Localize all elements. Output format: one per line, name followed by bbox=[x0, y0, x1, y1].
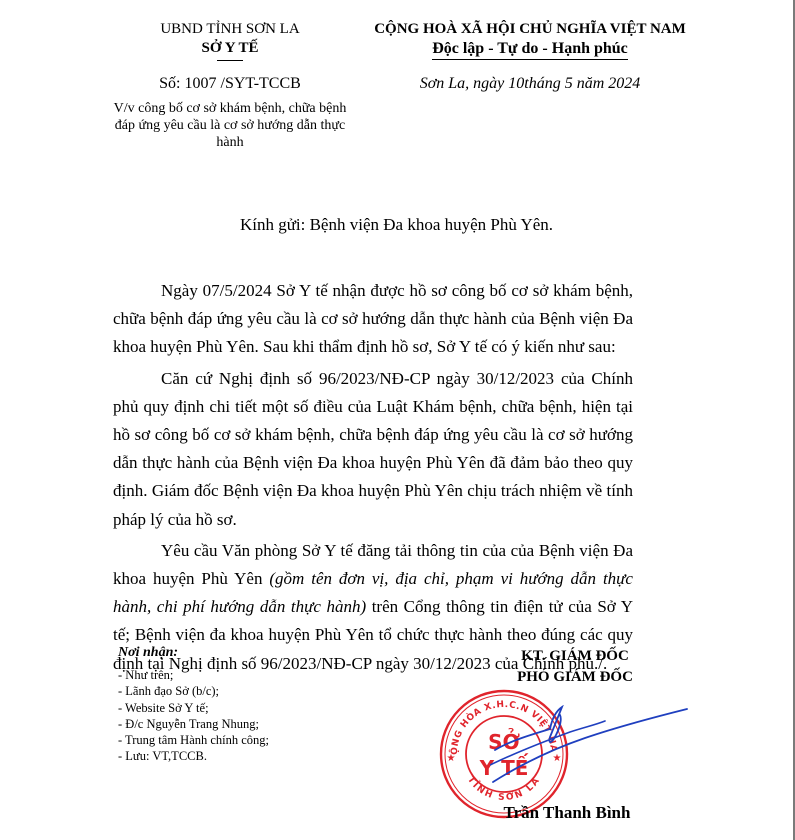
place-date: Sơn La, ngày 10tháng 5 năm 2024 bbox=[355, 74, 705, 94]
nation-title: CỘNG HOÀ XÃ HỘI CHỦ NGHĨA VIỆT NAM bbox=[355, 20, 705, 39]
signer-name: Trần Thanh Bình bbox=[460, 802, 674, 824]
document-page: UBND TỈNH SƠN LA SỞ Y TẾ Số: 1007 /SYT-T… bbox=[0, 0, 793, 840]
recipient-item: - Đ/c Nguyễn Trang Nhung; bbox=[118, 716, 378, 732]
agency-name: SỞ Y TẾ bbox=[100, 39, 360, 57]
salutation: Kính gửi: Bệnh viện Đa khoa huyện Phù Yê… bbox=[0, 214, 793, 236]
national-motto: Độc lập - Tự do - Hạnh phúc bbox=[432, 39, 628, 60]
recipient-item: - Lưu: VT,TCCB. bbox=[118, 748, 378, 764]
national-header-block: CỘNG HOÀ XÃ HỘI CHỦ NGHĨA VIỆT NAM Độc l… bbox=[355, 20, 705, 94]
recipient-item: - Như trên; bbox=[118, 667, 378, 683]
document-subject: V/v công bố cơ sở khám bệnh, chữa bệnh đ… bbox=[100, 100, 360, 151]
handwritten-signature-icon bbox=[490, 705, 690, 785]
agency-underline bbox=[217, 60, 243, 61]
signature-title-line-1: KT. GIÁM ĐỐC bbox=[460, 646, 690, 667]
signature-title-line-2: PHÓ GIÁM ĐỐC bbox=[460, 667, 690, 688]
document-body: Ngày 07/5/2024 Sở Y tế nhận được hồ sơ c… bbox=[113, 277, 633, 681]
document-number: Số: 1007 /SYT-TCCB bbox=[100, 74, 360, 94]
issuing-agency-block: UBND TỈNH SƠN LA SỞ Y TẾ Số: 1007 /SYT-T… bbox=[100, 20, 360, 151]
svg-text:★: ★ bbox=[447, 753, 456, 764]
recipients-block: Nơi nhận: - Như trên; - Lãnh đạo Sở (b/c… bbox=[118, 644, 378, 765]
recipients-list: - Như trên; - Lãnh đạo Sở (b/c); - Websi… bbox=[118, 667, 378, 765]
body-paragraph-2: Căn cứ Nghị định số 96/2023/NĐ-CP ngày 3… bbox=[113, 365, 633, 534]
signature-title-block: KT. GIÁM ĐỐC PHÓ GIÁM ĐỐC bbox=[460, 646, 690, 688]
body-paragraph-1: Ngày 07/5/2024 Sở Y tế nhận được hồ sơ c… bbox=[113, 277, 633, 362]
recipients-title: Nơi nhận: bbox=[118, 644, 378, 662]
recipient-item: - Lãnh đạo Sở (b/c); bbox=[118, 683, 378, 699]
recipient-item: - Website Sở Y tế; bbox=[118, 700, 378, 716]
agency-parent: UBND TỈNH SƠN LA bbox=[100, 20, 360, 39]
recipient-item: - Trung tâm Hành chính công; bbox=[118, 732, 378, 748]
